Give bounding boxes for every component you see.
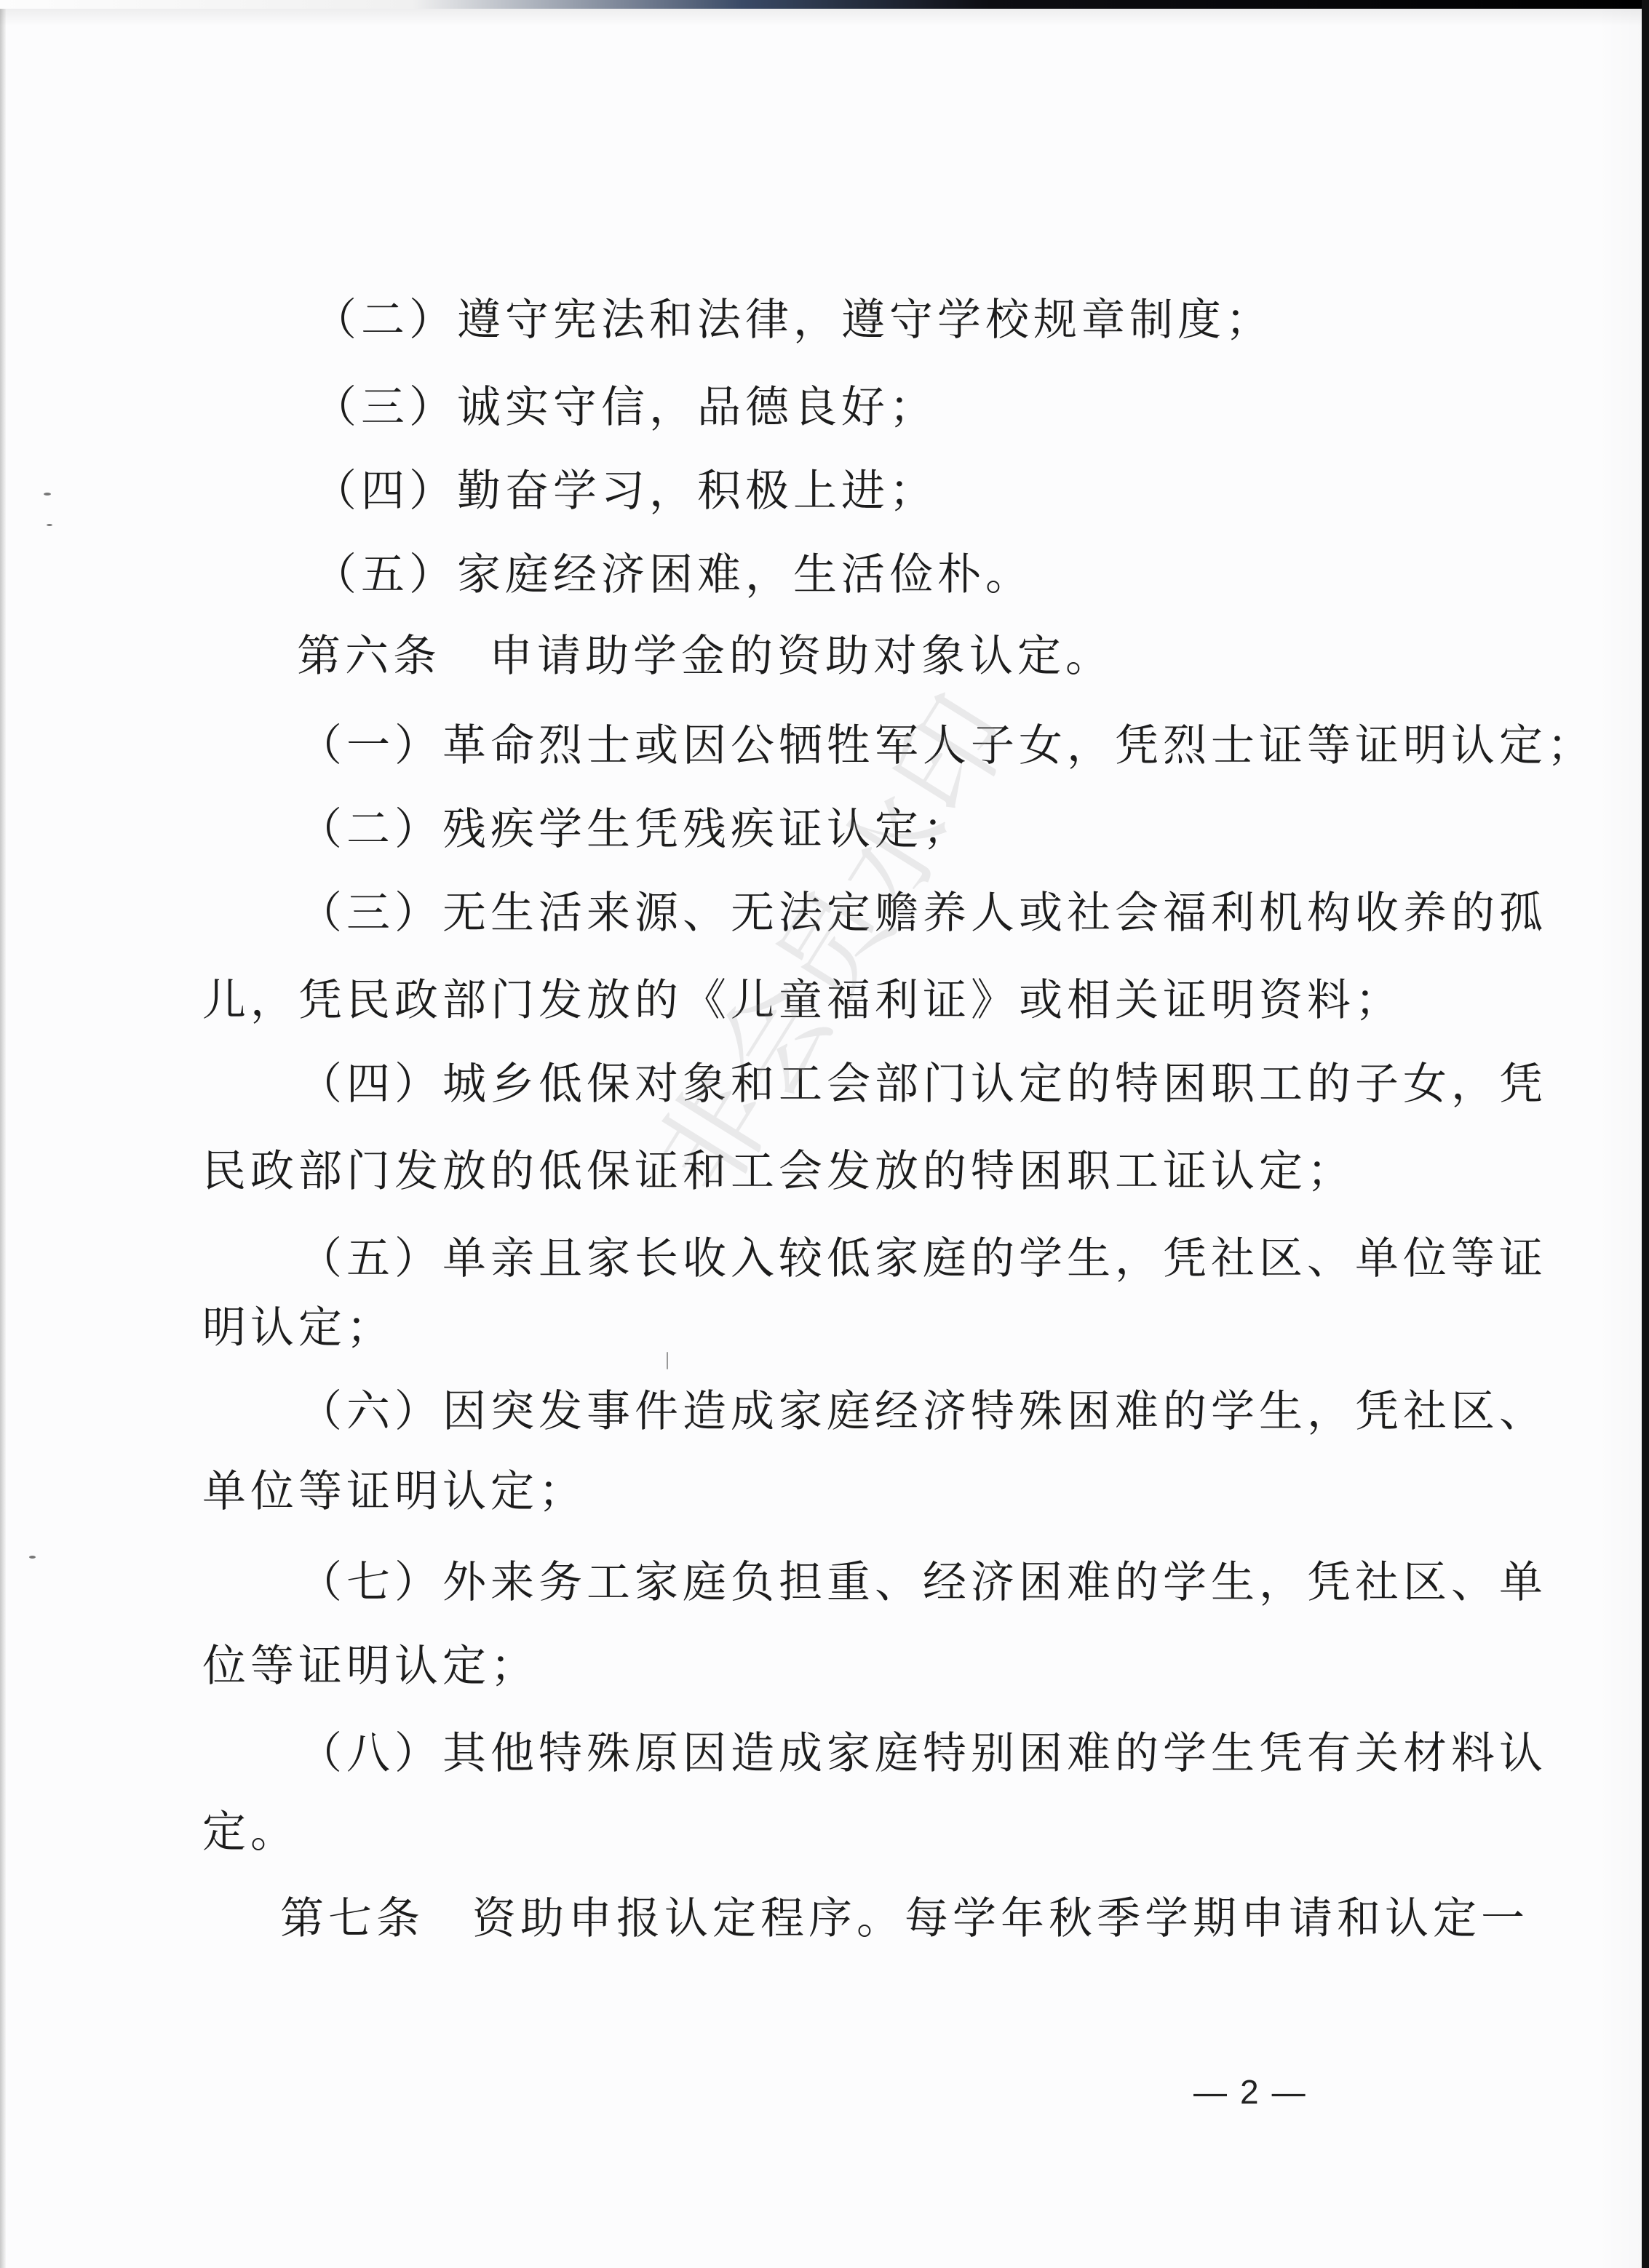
text-line: 定。 xyxy=(202,1803,298,1861)
text-line: （七）外来务工家庭负担重、经济困难的学生，凭社区、单 xyxy=(298,1553,1547,1612)
scan-speck xyxy=(29,1556,36,1559)
scan-top-edge xyxy=(0,0,1649,9)
text-line: 民政部门发放的低保证和工会发放的特困职工证认定； xyxy=(202,1142,1355,1201)
text-line: 明认定； xyxy=(202,1299,394,1357)
text-line: （八）其他特殊原因造成家庭特别困难的学生凭有关材料认 xyxy=(298,1724,1547,1783)
scan-left-edge xyxy=(0,0,6,2268)
text-line: 位等证明认定； xyxy=(202,1637,539,1695)
text-line: （五）单亲且家长收入较低家庭的学生，凭社区、单位等证 xyxy=(298,1230,1547,1288)
text-line: （六）因突发事件造成家庭经济特殊困难的学生，凭社区、 xyxy=(298,1382,1547,1441)
scan-top-shadow xyxy=(0,9,1649,26)
text-line: （二）遵守宪法和法律，遵守学校规章制度； xyxy=(313,291,1273,349)
scan-speck xyxy=(44,493,51,496)
page-number: —2— xyxy=(1193,2070,1319,2114)
text-line: （一）革命烈士或因公牺牲军人子女，凭烈士证等证明认定； xyxy=(298,717,1595,775)
scan-right-shade xyxy=(1598,0,1642,2268)
text-line: 儿，凭民政部门发放的《儿童福利证》或相关证明资料； xyxy=(202,971,1403,1030)
text-line: 第七条 资助申报认定程序。每学年秋季学期申请和认定一 xyxy=(280,1890,1529,1948)
text-line: （四）勤奋学习，积极上进； xyxy=(313,462,937,520)
text-line: （五）家庭经济困难，生活俭朴。 xyxy=(313,546,1033,604)
text-line: （三）无生活来源、无法定赡养人或社会福利机构收养的孤 xyxy=(298,884,1547,942)
text-line: （二）残疾学生凭残疾证认定； xyxy=(298,800,971,859)
text-line: 单位等证明认定； xyxy=(202,1463,587,1521)
scan-speck xyxy=(47,524,52,526)
scan-right-edge xyxy=(1642,0,1649,2268)
text-line: （四）城乡低保对象和工会部门认定的特困职工的子女，凭 xyxy=(298,1055,1547,1113)
text-line: （三）诚实守信，品德良好； xyxy=(313,378,937,437)
text-line: 第六条 申请助学金的资助对象认定。 xyxy=(297,627,1113,685)
scan-speck xyxy=(667,1352,668,1369)
